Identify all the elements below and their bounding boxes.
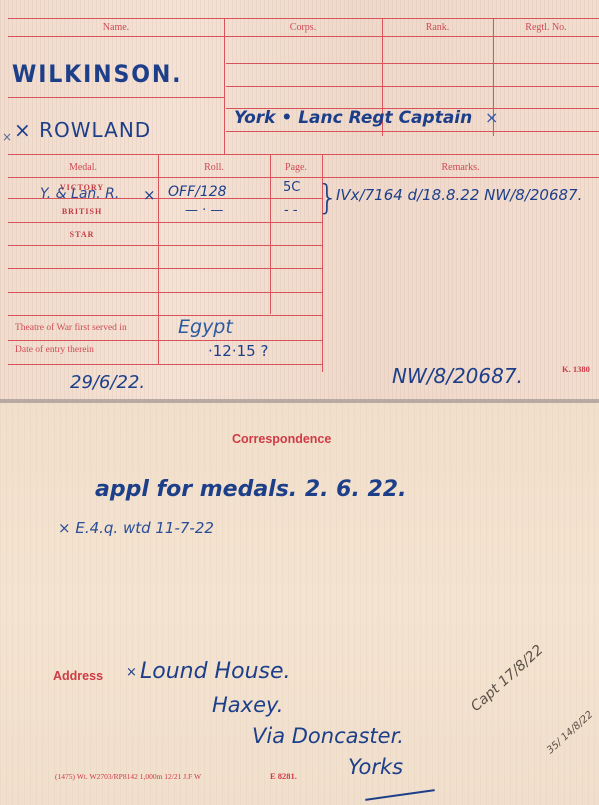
rule-row-3 xyxy=(8,245,322,246)
rule-medal-right xyxy=(158,154,159,364)
handwritten-medal-unit: Y. & Lan. R. xyxy=(40,186,119,202)
print-line: (1475) Wt. W2703/RP8142 1,000m 12/21 J.F… xyxy=(55,772,201,781)
rule-row-7 xyxy=(8,340,322,341)
handwritten-corps-rank: York • Lanc Regt Captain xyxy=(234,108,472,128)
header-roll: Roll. xyxy=(158,162,270,173)
pencil-note-1: Capt 17/8/22 xyxy=(468,642,546,715)
handwritten-address-mark: × xyxy=(126,665,137,680)
header-rank: Rank. xyxy=(382,22,493,33)
handwritten-page-british: - - xyxy=(284,203,298,218)
handwritten-address-line-4: Yorks xyxy=(348,755,403,779)
rule-row-6 xyxy=(8,315,322,316)
medal-card-back: Correspondence appl for medals. 2. 6. 22… xyxy=(0,403,599,805)
handwritten-forename: × ROWLAND xyxy=(14,118,151,142)
handwritten-correspondence-line2: × E.4.q. wtd 11-7-22 xyxy=(58,519,214,537)
pencil-note-2: 35/ 14/8/22 xyxy=(545,709,595,756)
rule-row-4 xyxy=(8,268,322,269)
handwritten-address-line-2: Haxey. xyxy=(212,693,283,717)
rule-row-2 xyxy=(8,222,322,223)
address-underline xyxy=(365,789,435,801)
handwritten-footer-date: 29/6/22. xyxy=(70,372,145,393)
print-code: E 8281. xyxy=(270,771,297,781)
rule-name-bottom xyxy=(8,154,599,155)
rule-roll-right xyxy=(270,154,271,314)
handwritten-left-mark: × xyxy=(2,130,12,144)
handwritten-medal-mark: × xyxy=(143,186,156,204)
rule-corps-4 xyxy=(226,131,599,132)
date-of-entry-label: Date of entry therein xyxy=(15,345,94,355)
theatre-of-war-label: Theatre of War first served in xyxy=(15,323,127,333)
rule-medal-header xyxy=(8,177,599,178)
handwritten-address-line-3: Via Doncaster. xyxy=(252,724,404,748)
rule-row-5 xyxy=(8,292,322,293)
address-label: Address xyxy=(53,669,103,683)
header-corps: Corps. xyxy=(224,22,382,33)
correspondence-label: Correspondence xyxy=(232,432,331,446)
rule-name-1 xyxy=(8,97,224,98)
rule-corps-1 xyxy=(226,63,599,64)
rule-top xyxy=(8,18,599,19)
rule-corps-2 xyxy=(226,86,599,87)
handwritten-remarks: IVx/7164 d/18.8.22 NW/8/20687. xyxy=(336,186,582,204)
rule-row-8 xyxy=(8,364,322,365)
handwritten-roll-british: — · — xyxy=(185,203,223,218)
handwritten-address-line-1: Lound House. xyxy=(140,659,291,684)
header-page: Page. xyxy=(270,162,322,173)
handwritten-date-entry: ·12·15 ? xyxy=(208,342,268,360)
rule-header-bottom xyxy=(8,36,599,37)
form-code: K. 1380 xyxy=(562,364,590,374)
medal-card-front: Name. Corps. Rank. Regtl. No. Medal. Rol… xyxy=(0,0,599,403)
header-regtl-no: Regtl. No. xyxy=(493,22,599,33)
handwritten-page-victory: 5C xyxy=(283,180,300,195)
medal-label-star: STAR xyxy=(12,230,152,239)
handwritten-surname: WILKINSON. xyxy=(12,60,182,88)
handwritten-correspondence-line1: appl for medals. 2. 6. 22. xyxy=(95,477,406,502)
header-name: Name. xyxy=(8,22,224,33)
medal-label-british: BRITISH xyxy=(12,207,152,216)
handwritten-footer-ref: NW/8/20687. xyxy=(392,364,523,388)
handwritten-rank-mark: × xyxy=(485,108,498,127)
rule-name-right xyxy=(224,18,225,154)
header-remarks: Remarks. xyxy=(322,162,599,173)
header-medal: Medal. xyxy=(8,162,158,173)
handwritten-theatre: Egypt xyxy=(178,316,233,338)
handwritten-roll-victory: OFF/128 xyxy=(168,184,227,200)
